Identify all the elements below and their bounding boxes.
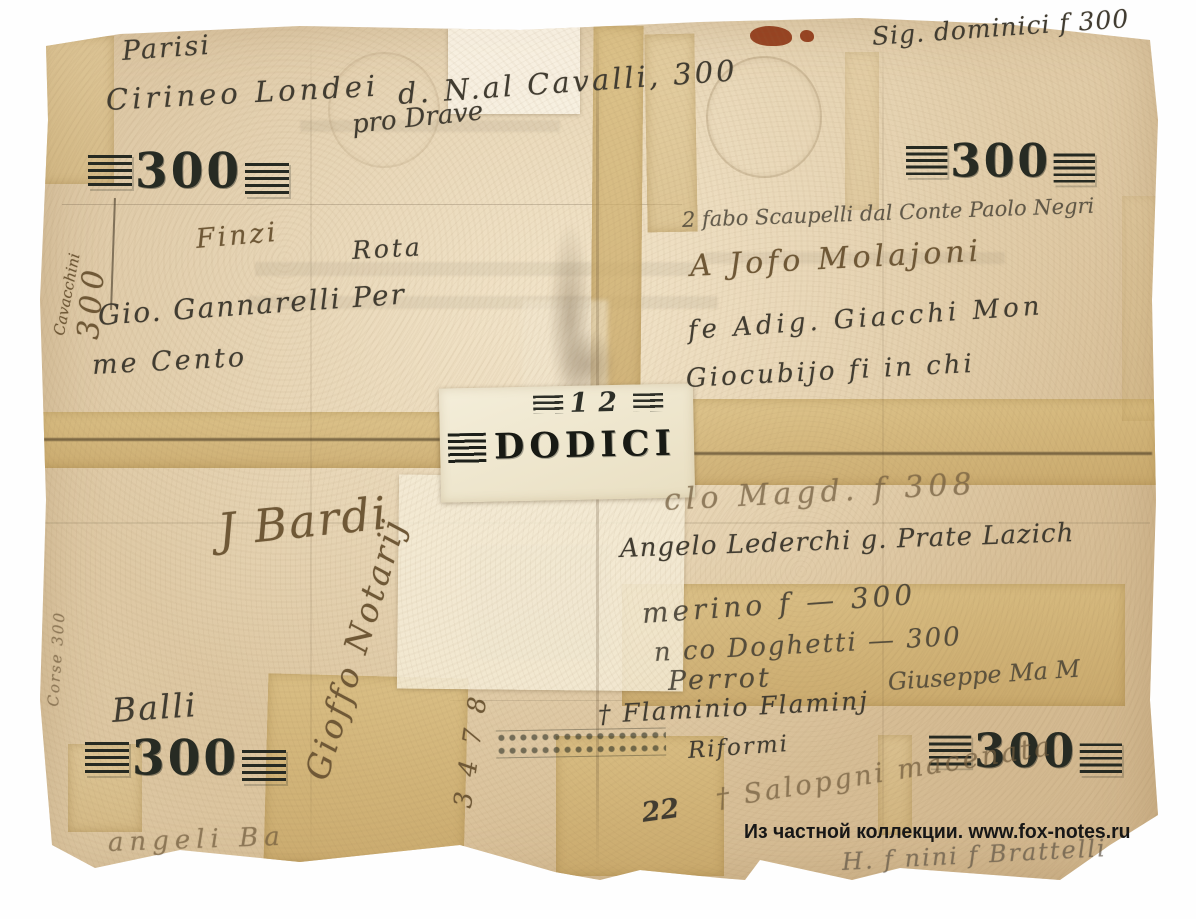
overprint-bars [1080,743,1122,776]
scanner-background: 300 300 300 300 12 DODICI Parisi Cirineo… [0,0,1196,919]
inscription-22: 22 [640,795,681,827]
dodici-row: DODICI [448,422,695,468]
collection-watermark: Из частной коллекции. www.fox-notes.ru [744,821,1131,844]
numeral-12-row: 12 [533,385,694,419]
inscription-parisi: Parisi [121,32,212,65]
overprint-bars [448,432,487,463]
inscription-me-cento: me Cento [91,344,247,379]
inscription-angeli: angeli Ba [108,824,287,856]
paper-patch-center [397,475,685,692]
overprint-stamp-300-top-right: 300 [906,139,1095,183]
overprint-bars [85,742,129,776]
overprint-word-dodici: DODICI [494,423,677,468]
overprint-stamp-300-bottom-left: 300 [85,735,286,782]
horizontal-fold-dark [690,452,1152,455]
overprint-stamp-300-top-left: 300 [88,148,289,195]
overprint-value: 300 [132,734,239,783]
red-ink-stain [750,26,792,46]
overprint-bars [88,155,132,189]
tape-strip-top-right [845,52,879,210]
inscription-rota: Rota [351,234,423,263]
overprint-bars [906,146,947,178]
tape-patch-bottom-center-left [264,673,469,866]
red-ink-stain [800,30,814,42]
horizontal-fold-dark [42,438,440,441]
overprint-bars [242,750,286,784]
rule-line [62,204,682,205]
overprint-value: 300 [135,147,242,196]
overprint-value: 300 [950,139,1051,185]
overprint-bars-small [633,392,663,411]
overprint-bars [1054,153,1095,185]
inscription-balli: Balli [111,688,199,727]
vertical-fold [882,22,884,872]
overprint-bars [245,163,289,197]
overprint-numeral-12: 12 [567,387,629,419]
dodici-overprint-patch: 12 DODICI [439,383,695,502]
overprint-bars-small [533,395,563,414]
inscription-300-vertical: 300 [74,263,110,341]
tape-strip-right-edge [1122,196,1158,421]
inscription-finzi: Finzi [195,219,280,253]
printed-ornament-band [496,728,666,759]
inscription-perrot: Perrot [668,664,773,695]
